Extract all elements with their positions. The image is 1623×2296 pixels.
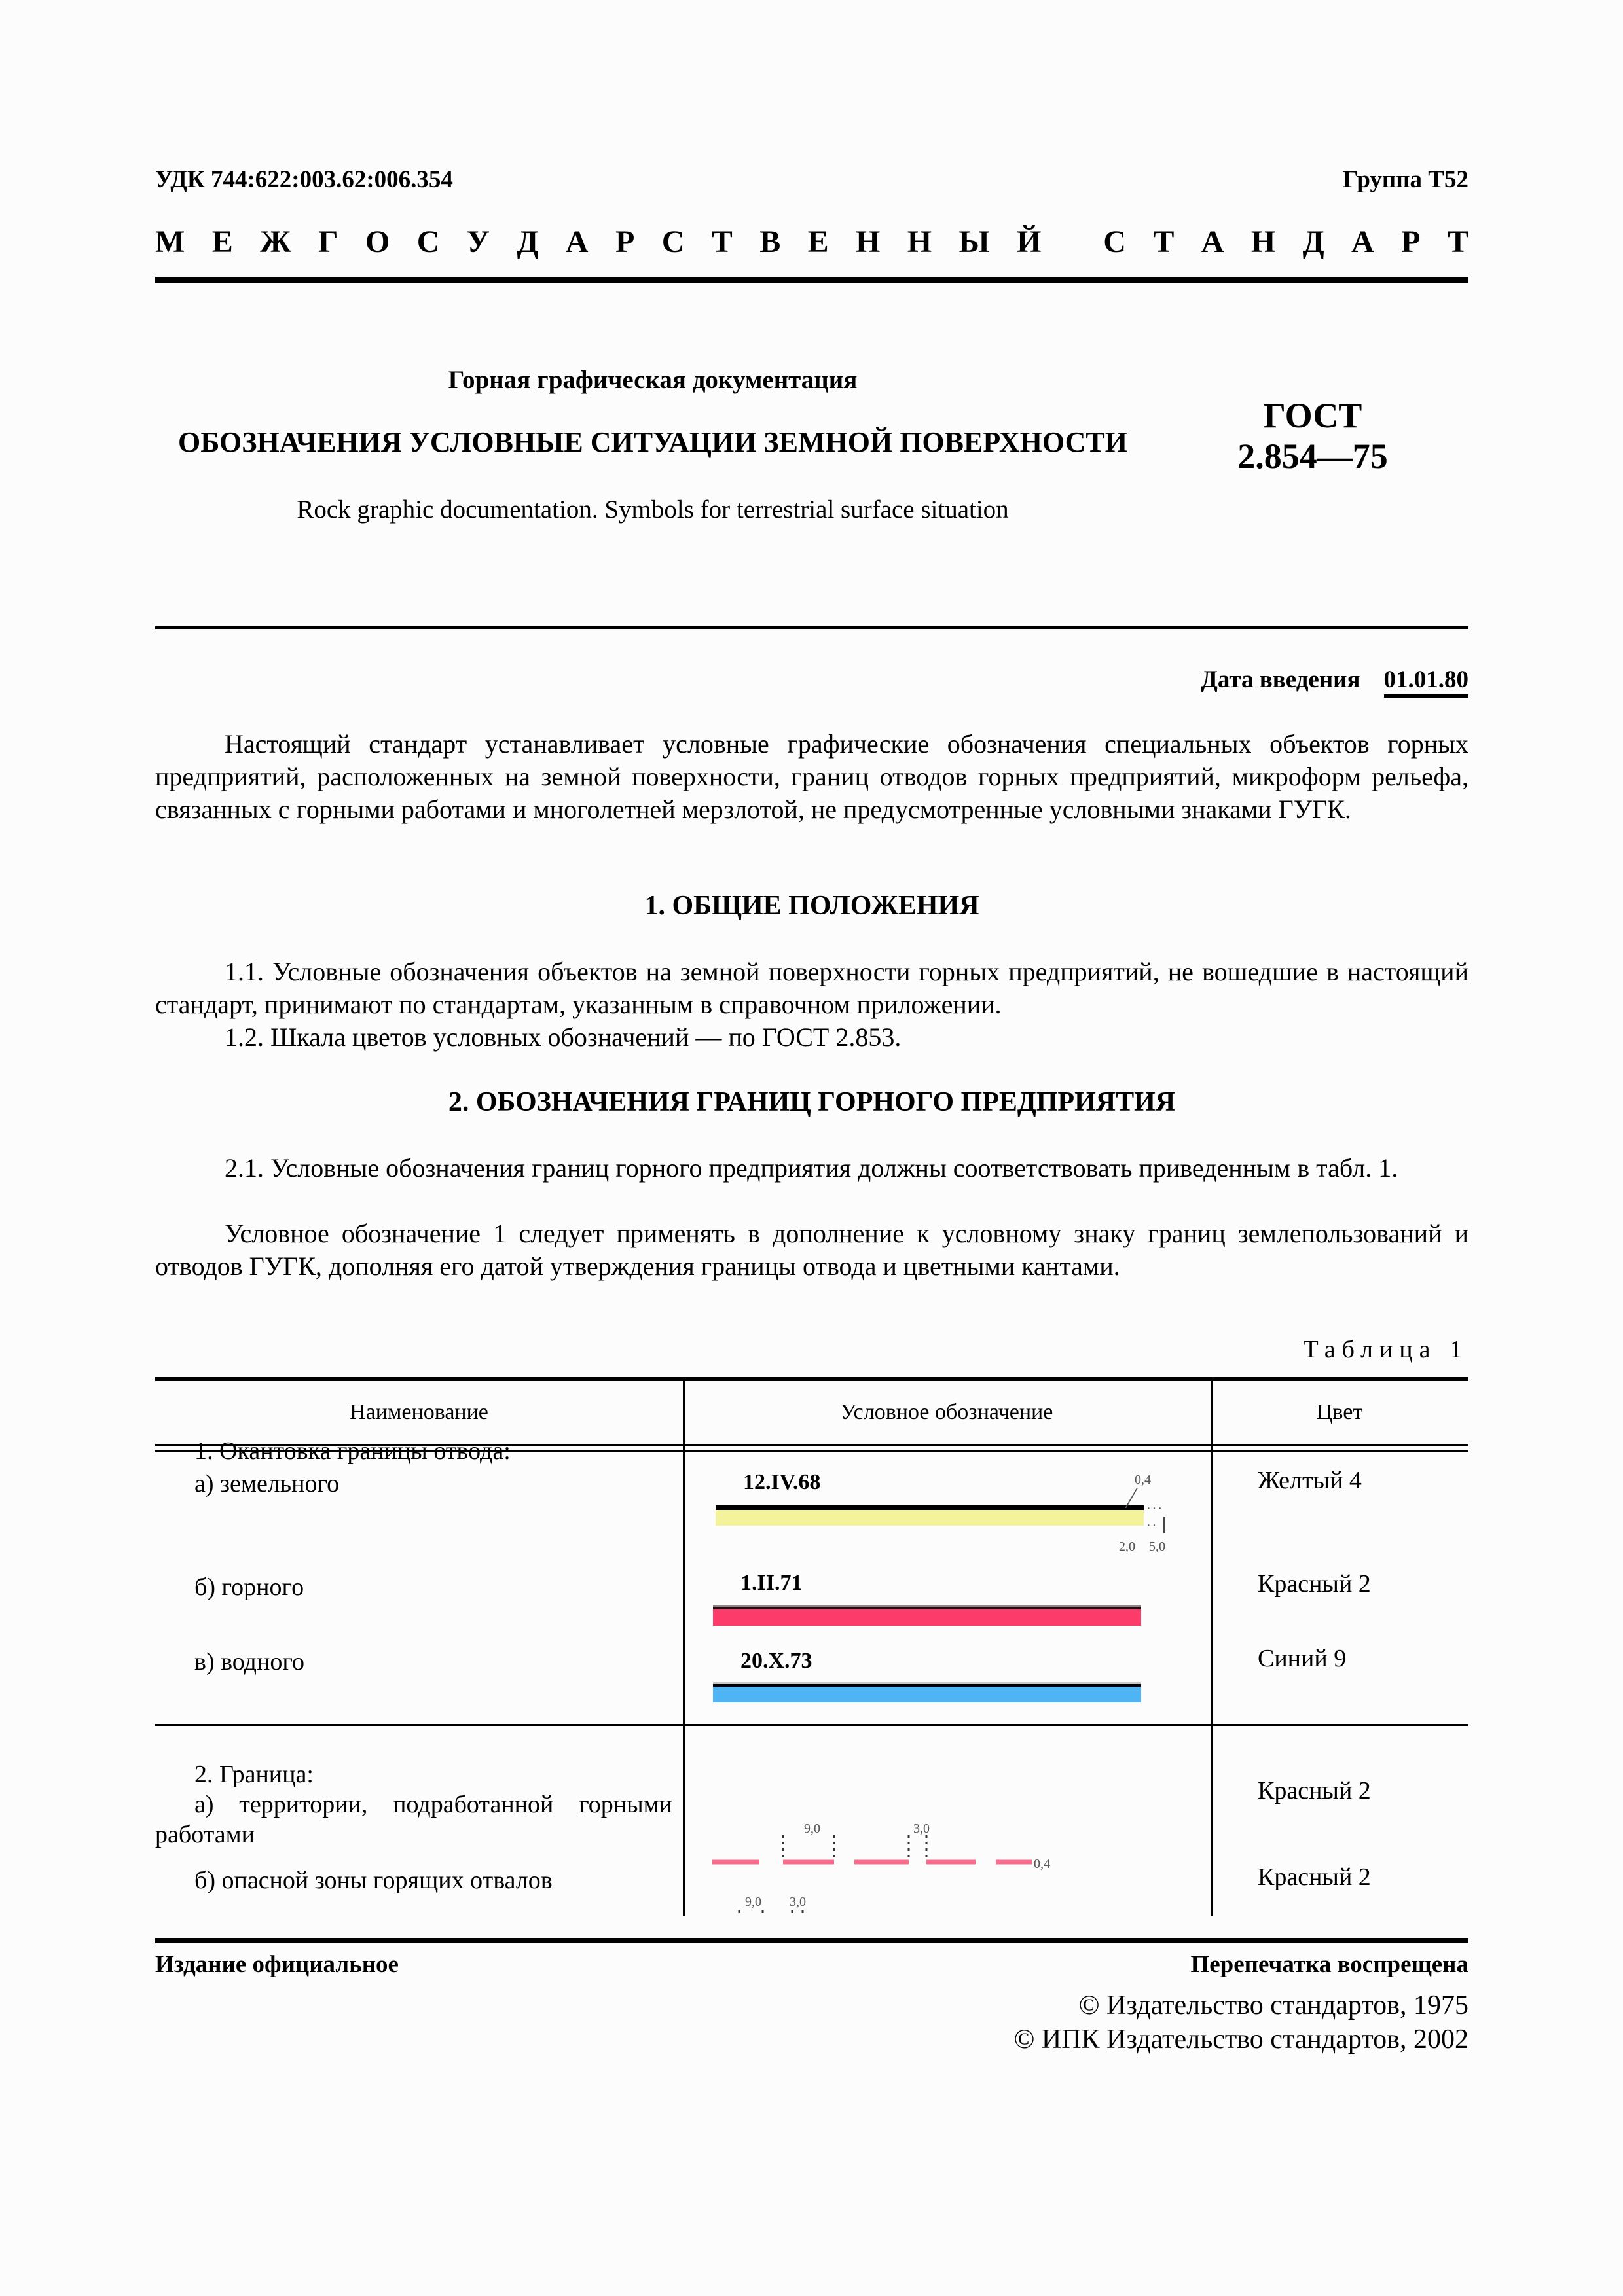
copyright-1975: © Издательство стандартов, 1975 xyxy=(1079,1990,1468,2021)
dim-b: 5,0 xyxy=(1149,1539,1165,1554)
column-header-color: Цвет xyxy=(1211,1381,1468,1444)
banner-letter: М xyxy=(155,224,185,260)
svg-text:3,0: 3,0 xyxy=(913,1821,930,1836)
banner-letter: Р xyxy=(615,224,634,260)
column-header-symbol: Условное обозначение xyxy=(683,1381,1211,1444)
red-band xyxy=(713,1609,1141,1626)
row-color: Красный 2 xyxy=(1258,1776,1371,1805)
svg-text:9,0: 9,0 xyxy=(804,1821,820,1836)
dim-dots: ··· xyxy=(1146,1501,1163,1516)
introduction-date-label: Дата введения xyxy=(1201,666,1360,693)
banner-letter: Ж xyxy=(260,224,291,260)
dashed-boundary-symbols: 9,03,00,49,03,00,2 xyxy=(683,1770,1211,1914)
row-name: б) опасной зоны горящих отвалов xyxy=(194,1865,553,1895)
banner-letter: Н xyxy=(1251,224,1275,260)
gost-label: ГОСТ xyxy=(1205,395,1421,436)
banner-letter: Т xyxy=(712,224,733,260)
svg-text:0,4: 0,4 xyxy=(1034,1857,1050,1871)
banner-letter: С xyxy=(662,224,685,260)
paragraph-1-2: 1.2. Шкала цветов условных обозначений —… xyxy=(155,1021,1468,1054)
row-color: Синий 9 xyxy=(1258,1644,1346,1673)
banner-letter xyxy=(1068,224,1076,260)
header-rule xyxy=(155,277,1468,283)
interstate-standard-banner: МЕЖГОСУДАРСТВЕННЫЙ СТАНДАРТ xyxy=(155,224,1468,260)
title-rule xyxy=(155,626,1468,629)
yellow-band xyxy=(716,1510,1144,1526)
gost-designation: ГОСТ 2.854—75 xyxy=(1205,395,1421,476)
symbols-table: Наименование Условное обозначение Цвет 1… xyxy=(155,1377,1468,1916)
document-title: ОБОЗНАЧЕНИЯ УСЛОВНЫЕ СИТУАЦИИ ЗЕМНОЙ ПОВ… xyxy=(155,425,1150,459)
banner-letter: Д xyxy=(1303,224,1324,260)
row-name: б) горного xyxy=(194,1572,304,1602)
row-color: Красный 2 xyxy=(1258,1863,1371,1892)
paragraph-1-1: 1.1. Условные обозначения объектов на зе… xyxy=(155,956,1468,1021)
blue-band xyxy=(713,1687,1141,1702)
column-header-name: Наименование xyxy=(155,1381,683,1444)
footer-rule xyxy=(155,1938,1468,1943)
reprint-prohibited: Перепечатка воспрещена xyxy=(1190,1950,1468,1979)
row-name: в) водного xyxy=(194,1647,304,1677)
symbol-date: 20.X.73 xyxy=(740,1649,812,1674)
row-color: Красный 2 xyxy=(1258,1570,1371,1598)
column-divider xyxy=(1211,1381,1213,1916)
banner-letter: С xyxy=(417,224,440,260)
dim-dots: ·· xyxy=(1146,1518,1158,1534)
table-caption: Таблица 1 xyxy=(1303,1335,1468,1364)
row-name: а) территории, подработанной горными раб… xyxy=(155,1789,672,1850)
banner-letter: Й xyxy=(1017,224,1041,260)
section-1-heading: 1. ОБЩИЕ ПОЛОЖЕНИЯ xyxy=(155,890,1468,922)
dim-bracket xyxy=(1163,1517,1165,1533)
banner-letter: О xyxy=(365,224,390,260)
banner-letter: Ы xyxy=(959,224,990,260)
official-edition: Издание официальное xyxy=(155,1950,399,1979)
symbol-date: 1.II.71 xyxy=(740,1571,802,1596)
group-divider xyxy=(155,1724,1468,1726)
symbol-date: 12.IV.68 xyxy=(743,1470,820,1495)
banner-letter: Т xyxy=(1448,224,1468,260)
banner-letter: Г xyxy=(318,224,338,260)
banner-letter: А xyxy=(1351,224,1374,260)
group-1-heading: 1. Окантовка границы отвода: xyxy=(194,1436,679,1466)
copyright-2002: © ИПК Издательство стандартов, 2002 xyxy=(1013,2024,1468,2055)
banner-letter: Т xyxy=(1153,224,1174,260)
banner-letter: Д xyxy=(517,224,538,260)
banner-letter: Р xyxy=(1401,224,1420,260)
banner-letter: Е xyxy=(808,224,829,260)
paragraph-2-1-note: Условное обозначение 1 следует применять… xyxy=(155,1217,1468,1283)
paragraph-2-1: 2.1. Условные обозначения границ горного… xyxy=(155,1152,1468,1185)
banner-letter: А xyxy=(566,224,589,260)
udk-code: УДК 744:622:003.62:006.354 xyxy=(155,166,453,194)
banner-letter: А xyxy=(1201,224,1224,260)
svg-text:3,0: 3,0 xyxy=(790,1895,806,1909)
row-name: а) земельного xyxy=(194,1469,339,1499)
introduction-date: Дата введения01.01.80 xyxy=(1201,666,1468,694)
banner-letter: Е xyxy=(212,224,233,260)
group-2-heading: 2. Граница: xyxy=(194,1759,314,1789)
banner-letter: Н xyxy=(856,224,880,260)
banner-letter: Н xyxy=(907,224,932,260)
banner-letter: С xyxy=(1103,224,1126,260)
intro-paragraph: Настоящий стандарт устанавливает условны… xyxy=(155,728,1468,826)
svg-text:9,0: 9,0 xyxy=(745,1895,761,1909)
section-2-heading: 2. ОБОЗНАЧЕНИЯ ГРАНИЦ ГОРНОГО ПРЕДПРИЯТИ… xyxy=(155,1086,1468,1118)
dim-a: 2,0 xyxy=(1119,1539,1135,1554)
banner-letter: В xyxy=(759,224,780,260)
row-color: Желтый 4 xyxy=(1258,1466,1362,1495)
document-series: Горная графическая документация xyxy=(155,365,1150,395)
english-title: Rock graphic documentation. Symbols for … xyxy=(155,495,1150,524)
dim-line-width: 0,4 xyxy=(1135,1473,1151,1488)
boundary-line xyxy=(716,1505,1144,1510)
group-code: Группа Т52 xyxy=(1343,166,1468,194)
gost-number: 2.854—75 xyxy=(1205,436,1421,476)
banner-letter: У xyxy=(467,224,490,260)
introduction-date-value: 01.01.80 xyxy=(1384,666,1469,698)
